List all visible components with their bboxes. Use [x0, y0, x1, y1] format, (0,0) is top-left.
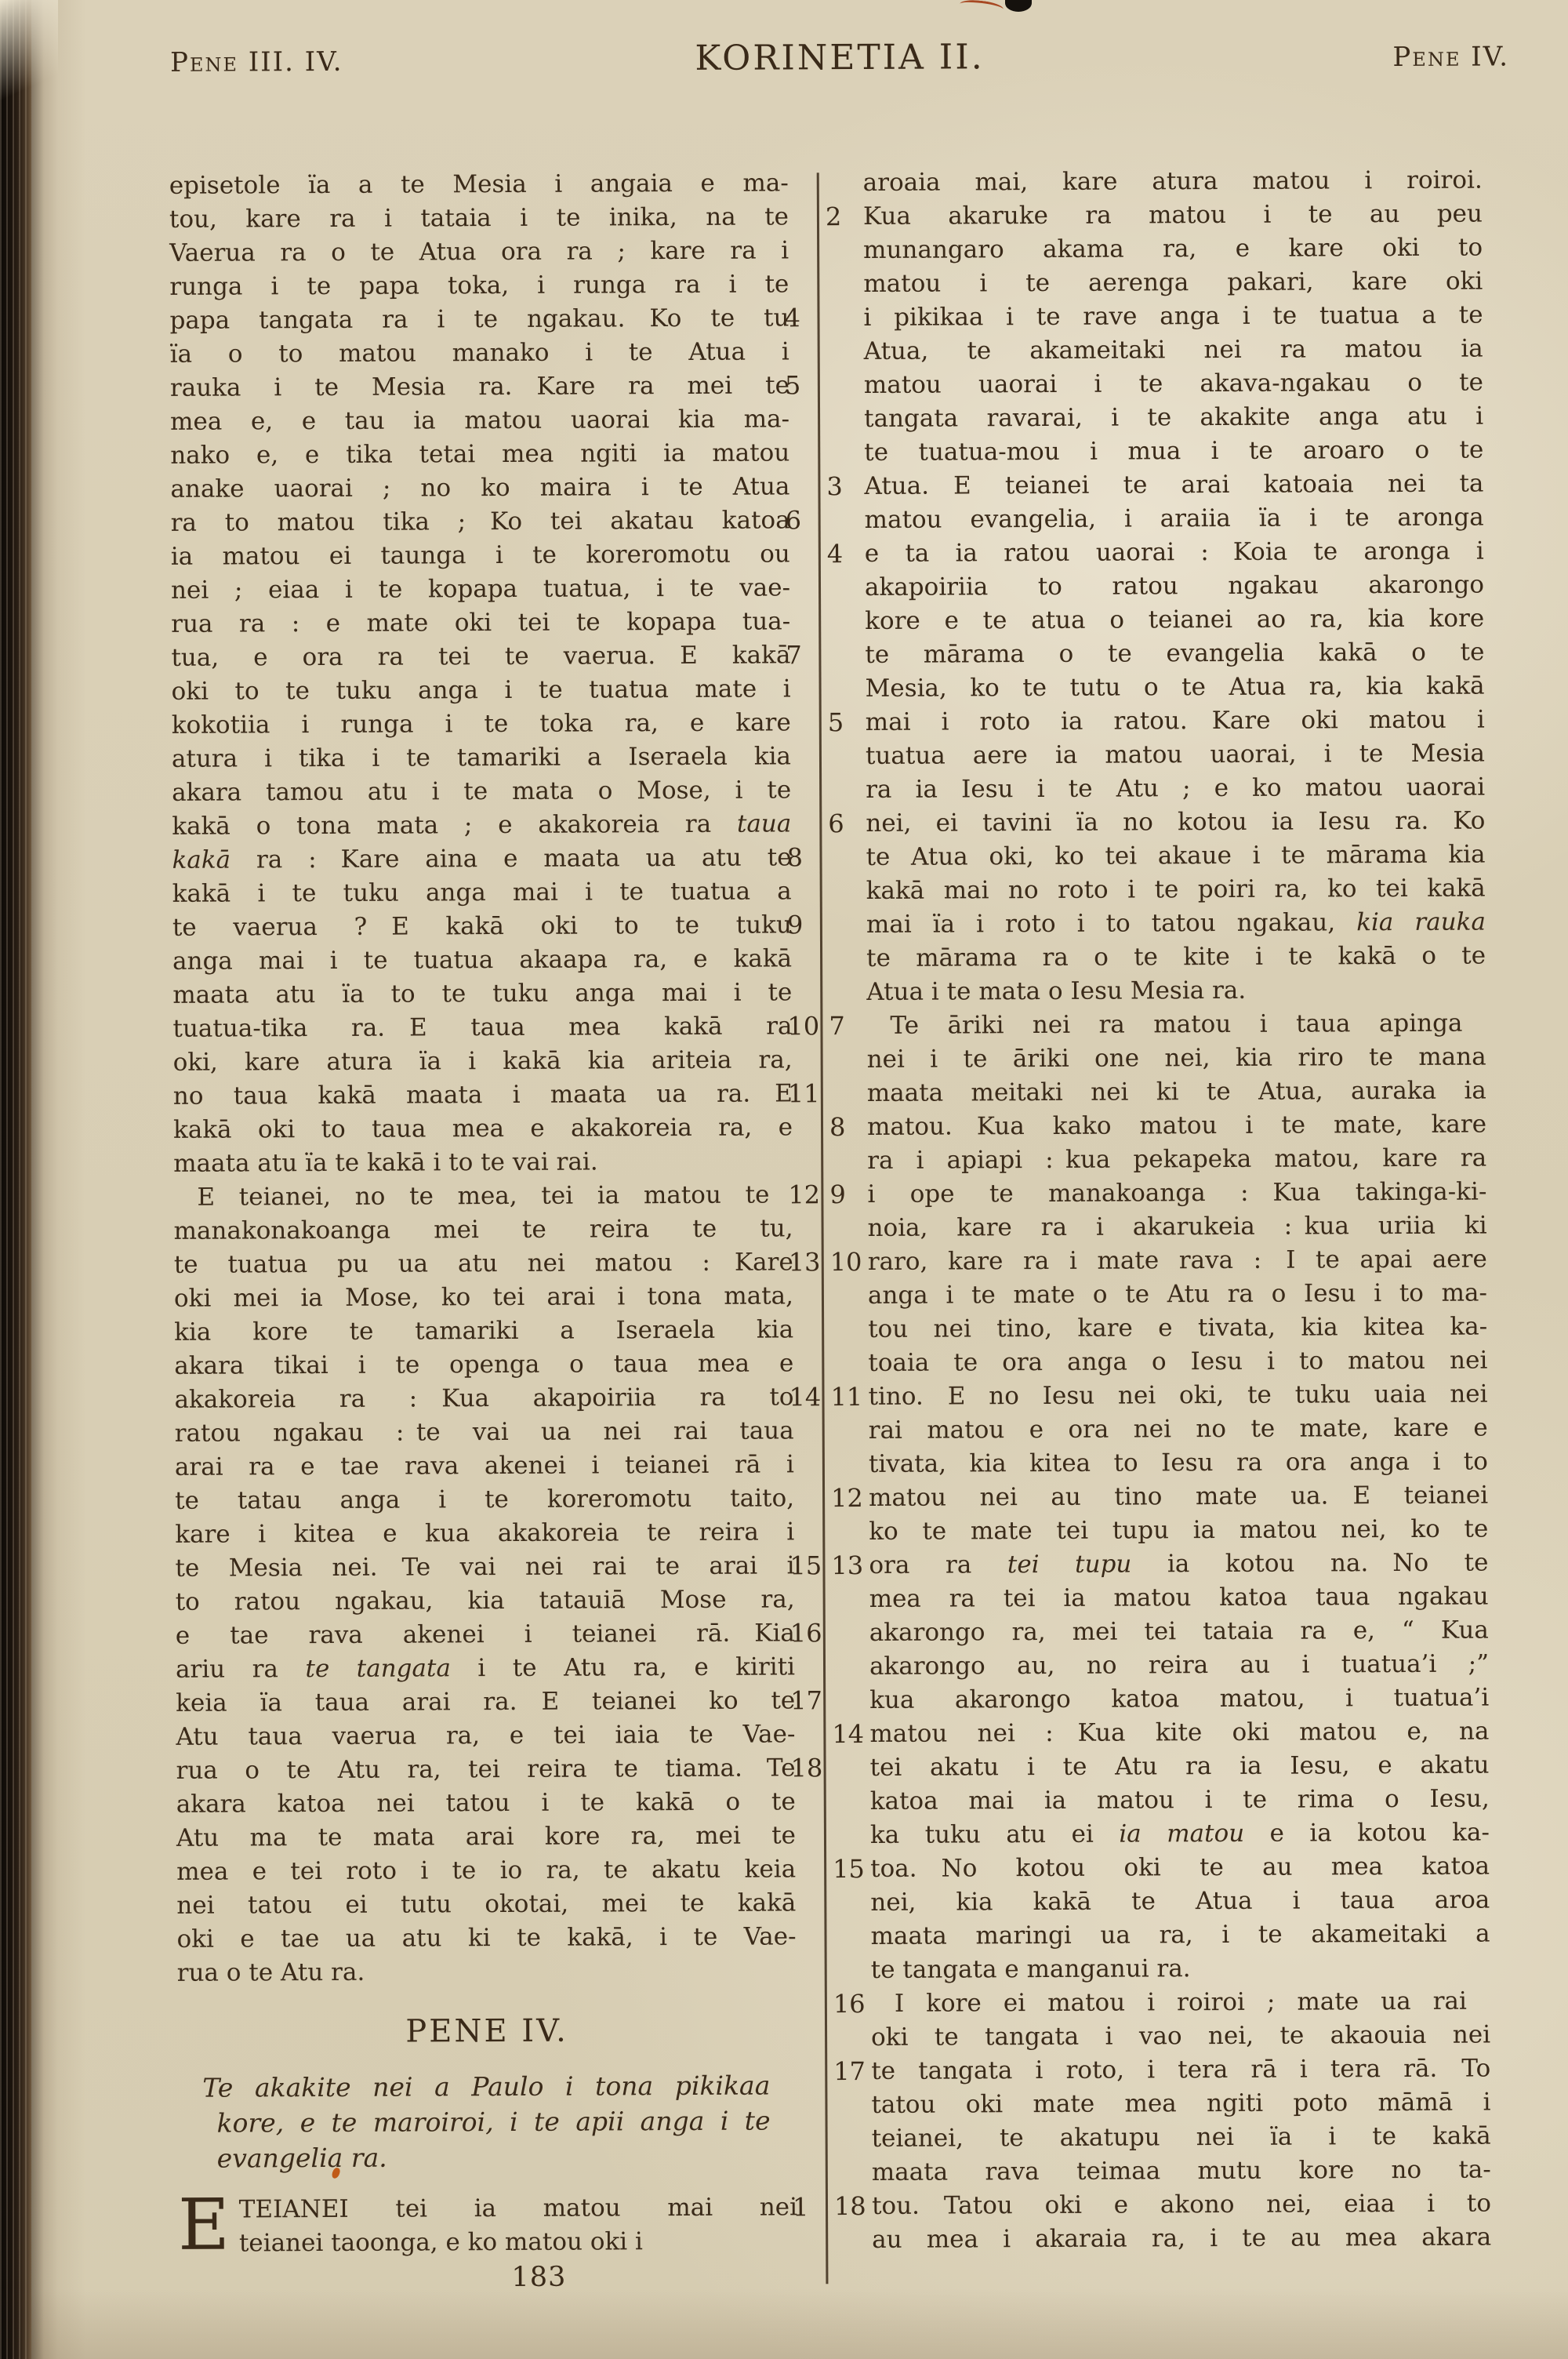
text-line: 14matou nei : Kua kite oki matou e, na — [869, 1715, 1489, 1751]
text-line: ariu ra te tangata i te Atu ra, e kiriti — [176, 1650, 795, 1686]
verse-text: kakā i te tuku anga mai i te tuatua a — [172, 877, 792, 907]
text-line: te mārama o te evangelia kakā o te — [865, 636, 1484, 672]
verse-text: oki e tae ua atu ki te kakā, i te Vae- — [176, 1922, 796, 1953]
verse-number: 5 — [828, 706, 862, 740]
verse-number: 2 — [826, 200, 860, 234]
verse-text: te tangata e manganui ra. — [871, 1954, 1191, 1984]
verse-number: 6 — [828, 807, 862, 841]
verse-text: Te āriki nei ra matou i taua apinga — [866, 1007, 1462, 1043]
verse-text: ora ra tei tupu ia kotou na. No te — [869, 1549, 1488, 1579]
text-line: tuatua aere ia matou uaorai, i te Mesia — [866, 737, 1485, 773]
verse-text: matou uaorai i te akava-ngakau o te — [864, 369, 1483, 399]
text-line: episetole ïa a te Mesia i angaia e ma- — [169, 166, 789, 202]
verse-text: runga i te papa toka, i runga ra i te — [169, 270, 789, 300]
verse-text: anga mai i te tuatua akaapa ra, e kakā — [172, 944, 792, 975]
verse-text: rai matou e ora nei no te mate, kare e — [869, 1414, 1488, 1445]
text-line: ra ia Iesu i te Atu ; e ko matou uaorai — [866, 771, 1485, 807]
text-line: akarongo au, no reira au i tuatua’i ;” — [869, 1648, 1489, 1684]
text-line: mea ra tei ia matou katoa taua ngakau — [869, 1580, 1489, 1616]
verse-text: tua, e ora ra tei te vaerua. E kakā — [171, 641, 790, 671]
verse-text: munangaro akama ra, e kare oki to — [863, 234, 1483, 264]
verse-text: kakā o tona mata ; e akakoreia ra taua — [172, 809, 791, 840]
verse-number: 13 — [789, 1245, 820, 1279]
text-line: ka tuku atu ei ia matou e ia kotou ka- — [870, 1816, 1490, 1852]
verse-number: 14 — [832, 1717, 866, 1751]
text-line: oki e tae ua atu ki te kakā, i te Vae- — [176, 1920, 796, 1956]
verse-number: 9 — [787, 908, 818, 942]
verse-text: Atua, te akameitaki nei ra matou ia — [864, 335, 1483, 365]
verse-text: tei akatu i te Atu ra ia Iesu, e akatu — [870, 1751, 1490, 1782]
text-line: 3Atua. E teianei te arai katoaia nei ta — [864, 467, 1483, 503]
verse-text: maata atu ïa to te tuku anga mai i te — [172, 978, 792, 1009]
verse-text: ia matou ei taunga i te koreromotu ou — [171, 540, 790, 570]
text-line: maata maringi ua ra, i te akameitaki a — [870, 1917, 1490, 1954]
verse-number: 1 — [793, 2190, 824, 2224]
text-line: 17te tangata i roto, i tera rā i tera rā… — [871, 2052, 1490, 2088]
verse-number: 12 — [831, 1481, 866, 1515]
verse-text: noia, kare ra i akarukeia : kua uriia ki — [868, 1212, 1487, 1242]
verse-text: oki te tangata i vao nei, te akaouia nei — [871, 2021, 1490, 2052]
verse-text: akara tikai i te openga o taua mea e — [174, 1349, 793, 1379]
verse-text: papa tangata ra i te ngakau. Ko te tu — [169, 304, 789, 334]
verse-text: nei, kia kakā te Atua i taua aroa — [870, 1886, 1490, 1917]
text-line: anake uaorai ; no ko maira i te Atua — [170, 470, 789, 506]
text-line: oki, kare atura ïa i kakā kia ariteia ra… — [173, 1043, 793, 1079]
verse-text: tuatua aere ia matou uaorai, i te Mesia — [866, 740, 1485, 770]
verse-text: rua o te Atu ra. — [177, 1958, 365, 1987]
verse-text: to ratou ngakau, kia tatauiā Mose ra, — [176, 1585, 795, 1616]
text-line: 11tino. E no Iesu nei oki, te tuku uaia … — [868, 1378, 1487, 1414]
text-line: ko te mate tei tupu ia matou nei, ko te — [869, 1513, 1488, 1549]
text-line: 4e ta ia ratou uaorai : Koia te aronga i — [865, 535, 1484, 571]
verse-text: i ope te manakoanga : Kua takinga-ki- — [867, 1178, 1486, 1209]
verse-text: maata atu ïa te kakā i to te vai rai. — [173, 1147, 598, 1177]
text-line: 5rauka i te Mesia ra. Kare ra mei te — [170, 369, 789, 405]
page-number: 183 — [445, 2261, 633, 2293]
verse-text: akarongo au, no reira au i tuatua’i ;” — [869, 1650, 1489, 1681]
verse-text: Kua akaruke ra matou i te au peu — [863, 200, 1483, 231]
verse-text: arai ra e tae rava akenei i teianei rā i — [175, 1450, 794, 1481]
verse-text: mai ïa i roto i to tatou ngakau, kia rau… — [866, 908, 1486, 939]
verse-text: rua o te Atu ra, tei reira te tiama. Te — [176, 1754, 796, 1784]
verse-text: ratou ngakau : te vai ua nei rai taua — [175, 1416, 794, 1447]
text-line: maata atu ïa te kakā i to te vai rai. — [173, 1144, 793, 1180]
text-line: nei ; eiaa i te kopapa tuatua, i te vae- — [171, 571, 790, 607]
text-line: to ratou ngakau, kia tatauiā Mose ra, — [176, 1583, 795, 1619]
text-line: te tatau anga i te koreromotu taito, — [175, 1481, 794, 1518]
page-content: Pene III. IV. KORINETIA II. Pene IV. epi… — [0, 0, 1568, 2359]
text-line: 9te vaerua ? E kakā oki to te tuku — [172, 908, 792, 944]
text-line: 16I kore ei matou i roiroi ; mate ua rai — [871, 1985, 1490, 2021]
text-line: te tangata e manganui ra. — [871, 1951, 1490, 1987]
text-line: te Atua oki, ko tei akaue i te mārama ki… — [866, 838, 1485, 874]
verse-text: tou. Tatou oki e akono nei, eiaa i to — [872, 2190, 1491, 2220]
text-line: kakā o tona mata ; e akakoreia ra taua — [172, 807, 791, 843]
text-line: matou uaorai i te akava-ngakau o te — [864, 366, 1483, 402]
text-line: i pikikaa i te rave anga i te tuatua a t… — [863, 299, 1483, 335]
text-line: 18rua o te Atu ra, tei reira te tiama. T… — [176, 1751, 796, 1787]
text-line: oki te tangata i vao nei, te akaouia nei — [871, 2019, 1490, 2055]
text-line: 13ora ra tei tupu ia kotou na. No te — [869, 1547, 1488, 1583]
text-line: aroaia mai, kare atura matou i roiroi. — [863, 164, 1483, 200]
verse-number: 11 — [830, 1380, 865, 1414]
verse-number: 4 — [784, 301, 815, 335]
verse-text: tou, kare ra i tataia i te inika, na te — [169, 202, 789, 233]
text-line: kua akarongo katoa matou, i tuatua’i — [869, 1681, 1489, 1717]
chapter-heading: PENE IV. — [177, 2011, 797, 2051]
text-line: kore e te atua o teianei ao ra, kia kore — [865, 602, 1484, 638]
verse-text: ra i apiapi : kua pekapeka matou, kare r… — [867, 1144, 1486, 1175]
verse-text: matou nei : Kua kite oki matou e, na — [869, 1717, 1489, 1748]
text-line: tei akatu i te Atu ra ia Iesu, e akatu — [869, 1749, 1489, 1785]
verse-text: tivata, kia kitea to Iesu ra ora anga i … — [869, 1448, 1488, 1478]
verse-text: nako e, e tika tetai mea ngiti ia matou — [170, 438, 789, 469]
verse-text: oki mei ia Mose, ko tei arai i tona mata… — [174, 1281, 793, 1312]
right-column-text: aroaia mai, kare atura matou i roiroi.2K… — [863, 164, 1492, 2257]
verse-number: 17 — [833, 2055, 868, 2088]
verse-text: Mesia, ko te tutu o te Atua ra, kia kakā — [866, 672, 1485, 703]
verse-number: 7 — [829, 1009, 863, 1043]
text-line: 15toa. No kotou oki te au mea katoa — [870, 1850, 1490, 1886]
text-line: Mesia, ko te tutu o te Atua ra, kia kakā — [865, 670, 1484, 706]
verse-text: kokotiia i runga i te toka ra, e kare — [172, 708, 791, 739]
verse-number: 17 — [790, 1684, 822, 1717]
text-line: teianei, te akatupu nei ïa i te kakā — [872, 2120, 1491, 2156]
verse-number: 6 — [786, 503, 817, 537]
verse-text: nei ; eiaa i te kopapa tuatua, i te vae- — [171, 573, 790, 604]
verse-text: mai i roto ia ratou. Kare oki matou i — [866, 706, 1485, 736]
text-line: nei i te āriki one nei, kia riro te mana — [867, 1041, 1486, 1077]
verse-text: tangata ravarai, i te akakite anga atu i — [864, 402, 1483, 433]
text-line: 8matou. Kua kako matou i te mate, kare — [867, 1108, 1486, 1144]
verse-text: nei tatou ei tutu okotai, mei te kakā — [176, 1888, 796, 1919]
verse-number: 8 — [829, 1110, 864, 1144]
text-line: nei, kia kakā te Atua i taua aroa — [870, 1884, 1490, 1920]
text-line: ratou ngakau : te vai ua nei rai taua — [175, 1414, 794, 1450]
left-column-text: episetole ïa a te Mesia i angaia e ma-to… — [169, 166, 797, 1990]
verse-text: E teianei, no te mea, tei ia matou te — [173, 1179, 769, 1215]
verse-text: katoa mai ia matou i te rima o Iesu, — [870, 1785, 1490, 1816]
text-line: te mārama ra o te kite i te kakā o te — [866, 940, 1486, 976]
text-line: kakā oki to taua mea e akakoreia ra, e — [173, 1110, 793, 1147]
text-line: 4papa tangata ra i te ngakau. Ko te tu — [169, 301, 789, 337]
text-line: nei tatou ei tutu okotai, mei te kakā — [176, 1886, 796, 1922]
text-line: 15te Mesia nei. Te vai nei rai te arai i — [175, 1549, 794, 1585]
verse-text: te vaerua ? E kakā oki to te tuku — [172, 911, 792, 941]
text-line: akara tikai i te openga o taua mea e — [174, 1347, 793, 1383]
verse-text: manakonakoanga mei te reira te tu, — [174, 1214, 793, 1245]
verse-text: akapoiriia to ratou ngakau akarongo — [865, 571, 1484, 602]
text-line: kokotiia i runga i te toka ra, e kare — [172, 706, 791, 742]
text-line: Atua, te akameitaki nei ra matou ia — [864, 333, 1483, 369]
verse-text: te tatau anga i te koreromotu taito, — [175, 1484, 794, 1514]
verse-text: matou nei au tino mate ua. E teianei — [869, 1481, 1488, 1512]
text-line: akara katoa nei tatou i te kakā o te — [176, 1785, 796, 1821]
verse-number: 3 — [826, 470, 861, 503]
running-header-center: KORINETIA II. — [169, 35, 1511, 80]
text-line: manakonakoanga mei te reira te tu, — [173, 1212, 793, 1248]
verse-text: no taua kakā maata i maata ua ra. E — [173, 1079, 793, 1110]
verse-text: Atu taua vaerua ra, e tei iaia te Vae- — [176, 1720, 795, 1750]
summary-line: kore, e te maroiroi, i te apii anga i te — [202, 2103, 770, 2141]
verse-text: tino. E no Iesu nei oki, te tuku uaia ne… — [868, 1380, 1487, 1411]
text-line: au mea i akaraia ra, i te au mea akara — [872, 2221, 1491, 2257]
verse-number: 8 — [786, 841, 818, 874]
text-line: katoa mai ia matou i te rima o Iesu, — [870, 1783, 1490, 1819]
verse-text: kua akarongo katoa matou, i tuatua’i — [869, 1684, 1489, 1714]
verse-text: oki to te tuku anga i te tuatua mate i — [172, 674, 791, 705]
running-header-right: Pene IV. — [1392, 41, 1509, 73]
text-line: 8kakā ra : Kare aina e maata ua atu te — [172, 841, 791, 877]
verse-text: tatou oki mate mea ngiti poto māmā i — [871, 2088, 1490, 2119]
text-line: teianei taoonga, e ko matou oki i — [178, 2224, 797, 2260]
text-line: mai ïa i roto i to tatou ngakau, kia rau… — [866, 906, 1486, 942]
text-line: maata atu ïa to te tuku anga mai i te — [172, 976, 792, 1012]
verse-text: tuatua-tika ra. E taua mea kakā ra — [172, 1012, 792, 1042]
verse-text: akakoreia ra : Kua akapoiriia ra to — [174, 1383, 793, 1413]
verse-text: maata maringi ua ra, i te akameitaki a — [870, 1920, 1490, 1950]
verse-number: 13 — [831, 1549, 866, 1583]
text-line: 2Kua akaruke ra matou i te au peu — [863, 198, 1483, 234]
text-line: oki mei ia Mose, ko tei arai i tona mata… — [174, 1279, 793, 1315]
text-line: kia kore te tamariki a Iseraela kia — [174, 1313, 793, 1349]
verse-text: akarongo ra, mei tei tataia ra e, “ Kua — [869, 1616, 1489, 1647]
verse-number: 4 — [827, 537, 862, 571]
verse-text: kore e te atua o teianei ao ra, kia kore — [865, 605, 1484, 635]
text-line: 6ra to matou tika ; Ko tei akatau katoa — [171, 503, 790, 540]
verse-text: kakā ra : Kare aina e maata ua atu te — [172, 843, 791, 874]
text-line: nako e, e tika tetai mea ngiti ia matou — [170, 436, 789, 472]
verse-text: ko te mate tei tupu ia matou nei, ko te — [869, 1515, 1488, 1546]
text-line: kakā i te tuku anga mai i te tuatua a — [172, 874, 792, 911]
verse-text: anga i te mate o te Atu ra o Iesu i to m… — [868, 1279, 1487, 1310]
verse-text: au mea i akaraia ra, i te au mea akara — [872, 2223, 1491, 2254]
text-line: rua o te Atu ra. — [177, 1954, 797, 1990]
verse-text: te tuatua-mou i mua i te aroaro o te — [864, 436, 1483, 467]
text-line: tou nei tino, kare e tivata, kia kitea k… — [868, 1310, 1487, 1347]
text-line: tou, kare ra i tataia i te inika, na te — [169, 200, 789, 236]
text-line: rai matou e ora nei no te mate, kare e — [869, 1412, 1488, 1448]
text-line: munangaro akama ra, e kare oki to — [863, 231, 1483, 267]
text-line: tangata ravarai, i te akakite anga atu i — [864, 400, 1483, 436]
text-line: Atu taua vaerua ra, e tei iaia te Vae- — [176, 1717, 795, 1754]
verse-text: e tae rava akenei i teianei rā. Kia — [176, 1619, 795, 1649]
text-line: 10raro, kare ra i mate rava : I te apai … — [868, 1243, 1487, 1279]
verse-number: 12 — [788, 1178, 819, 1212]
text-line: akarongo ra, mei tei tataia ra e, “ Kua — [869, 1614, 1489, 1650]
verse-text: nei, ei tavini ïa no kotou ia Iesu ra. K… — [866, 807, 1485, 838]
text-line: oki to te tuku anga i te tuatua mate i — [171, 672, 790, 708]
verse-number: 16 — [833, 1987, 868, 2021]
text-line: kakā mai no roto i te poiri ra, ko tei k… — [866, 872, 1486, 908]
verse-text: te mārama ra o te kite i te kakā o te — [866, 942, 1486, 972]
text-line: rua ra : e mate oki tei te kopapa tua- — [171, 605, 790, 641]
text-line: 16e tae rava akenei i teianei rā. Kia — [176, 1616, 795, 1652]
text-line: arai ra e tae rava akenei i teianei rā i — [175, 1448, 794, 1484]
verse-text: ra ia Iesu i te Atu ; e ko matou uaorai — [866, 773, 1485, 804]
running-header: Pene III. IV. KORINETIA II. Pene IV. — [169, 35, 1511, 81]
right-column: aroaia mai, kare atura matou i roiroi.2K… — [863, 164, 1492, 2257]
verse-text: Atua i te mata o Iesu Mesia ra. — [866, 976, 1246, 1006]
verse-number: 10 — [787, 1009, 818, 1043]
verse-text: matou evangelia, i araiia ïa i te aronga — [865, 503, 1484, 534]
text-line: ra i apiapi : kua pekapeka matou, kare r… — [867, 1142, 1486, 1178]
text-line: kare i kitea e kua akakoreia te reira i — [175, 1515, 794, 1551]
verse-one-block: E 1 TEIANEI tei ia matou mai nei teianei… — [178, 2190, 797, 2260]
verse-text: te tangata i roto, i tera rā i tera rā. … — [871, 2055, 1490, 2085]
text-line: 10tuatua-tika ra. E taua mea kakā ra — [172, 1009, 792, 1045]
summary-line: evangelia ra. — [203, 2139, 771, 2176]
verse-text: ka tuku atu ei ia matou e ia kotou ka- — [870, 1819, 1490, 1849]
verse-text: matou i te aerenga pakari, kare oki — [863, 267, 1483, 298]
text-line: matou evangelia, i araiia ïa i te aronga — [865, 501, 1484, 537]
text-line: matou i te aerenga pakari, kare oki — [863, 265, 1483, 301]
verse-text: tou nei tino, kare e tivata, kia kitea k… — [868, 1313, 1487, 1343]
verse-one-first-line: TEIANEI tei ia matou mai nei — [239, 2193, 797, 2223]
verse-one-second-line: teianei taoonga, e ko matou oki i — [239, 2227, 643, 2257]
verse-text: maata meitaki nei ki te Atua, auraka ia — [867, 1077, 1486, 1107]
verse-number: 16 — [790, 1616, 822, 1650]
text-line: te tuatua-mou i mua i te aroaro o te — [864, 434, 1483, 470]
text-line: mea e, e tau ia matou uaorai kia ma- — [170, 402, 789, 438]
text-line: 11no taua kakā maata i maata ua ra. E — [173, 1077, 793, 1113]
verse-number: 18 — [790, 1751, 822, 1785]
text-line: Vaerua ra o te Atua ora ra ; kare ra i — [169, 234, 789, 270]
verse-text: aroaia mai, kare atura matou i roiroi. — [863, 166, 1483, 197]
verse-text: te Mesia nei. Te vai nei rai te arai i — [175, 1551, 794, 1582]
text-line: ia matou ei taunga i te koreromotu ou — [171, 537, 790, 573]
verse-text: te tuatua pu ua atu nei matou : Kare — [174, 1248, 793, 1278]
verse-text: ariu ra te tangata i te Atu ra, e kiriti — [176, 1652, 795, 1683]
text-line: runga i te papa toka, i runga ra i te — [169, 267, 789, 304]
text-line: tivata, kia kitea to Iesu ra ora anga i … — [869, 1445, 1488, 1481]
verse-text: Atu ma te mata arai kore ra, mei te — [176, 1821, 796, 1852]
verse-text: toa. No kotou oki te au mea katoa — [870, 1852, 1490, 1883]
verse-text: keia ïa taua arai ra. E teianei ko te — [176, 1686, 795, 1717]
verse-text: I kore ei matou i roiroi ; mate ua rai — [871, 1985, 1467, 2021]
text-line: 1 TEIANEI tei ia matou mai nei — [178, 2190, 797, 2226]
verse-text: akara katoa nei tatou i te kakā o te — [176, 1787, 796, 1818]
chapter-summary: Te akakite nei a Paulo i tona pikikaakor… — [202, 2068, 771, 2176]
text-line: 7tua, e ora ra tei te vaerua. E kakā — [171, 638, 790, 674]
text-line: 18tou. Tatou oki e akono nei, eiaa i to — [872, 2187, 1491, 2223]
verse-text: te mārama o te evangelia kakā o te — [865, 638, 1484, 669]
verse-text: e ta ia ratou uaorai : Koia te aronga i — [865, 537, 1484, 568]
book-photo: Pene III. IV. KORINETIA II. Pene IV. epi… — [0, 0, 1568, 2359]
text-line: 12matou nei au tino mate ua. E teianei — [869, 1479, 1488, 1515]
text-line: maata rava teimaa mutu kore no ta- — [872, 2154, 1491, 2190]
verse-text: kare i kitea e kua akakoreia te reira i — [175, 1518, 794, 1548]
verse-number: 15 — [789, 1549, 821, 1583]
text-line: anga mai i te tuatua akaapa ra, e kakā — [172, 942, 792, 978]
text-line: toaia te ora anga o Iesu i to matou nei — [868, 1344, 1487, 1380]
verse-text: te Atua oki, ko tei akaue i te mārama ki… — [866, 841, 1485, 871]
text-line: anga i te mate o te Atu ra o Iesu i to m… — [868, 1277, 1487, 1313]
text-line: 17keia ïa taua arai ra. E teianei ko te — [176, 1684, 795, 1720]
verse-text: toaia te ora anga o Iesu i to matou nei — [868, 1347, 1487, 1377]
verse-text: mea e, e tau ia matou uaorai kia ma- — [170, 405, 789, 435]
text-line: 12E teianei, no te mea, tei ia matou te — [173, 1178, 793, 1214]
verse-text: matou. Kua kako matou i te mate, kare — [867, 1110, 1486, 1141]
text-line: mea e tei roto i te io ra, te akatu keia — [176, 1852, 796, 1888]
verse-text: maata rava teimaa mutu kore no ta- — [872, 2156, 1491, 2186]
verse-number: 15 — [833, 1852, 867, 1886]
verse-text: ïa o to matou manako i te Atua i — [170, 337, 789, 368]
verse-text: nei i te āriki one nei, kia riro te mana — [867, 1043, 1486, 1074]
verse-text: teianei, te akatupu nei ïa i te kakā — [872, 2122, 1491, 2153]
verse-number: 14 — [789, 1380, 820, 1414]
verse-text: mea ra tei ia matou katoa taua ngakau — [869, 1583, 1489, 1613]
text-line: Atu ma te mata arai kore ra, mei te — [176, 1819, 796, 1855]
verse-text: kakā oki to taua mea e akakoreia ra, e — [173, 1113, 793, 1143]
text-line: 5mai i roto ia ratou. Kare oki matou i — [866, 703, 1485, 740]
verse-text: kakā mai no roto i te poiri ra, ko tei k… — [866, 874, 1486, 905]
text-line: tatou oki mate mea ngiti poto māmā i — [871, 2086, 1490, 2122]
text-line: 6nei, ei tavini ïa no kotou ia Iesu ra. … — [866, 805, 1485, 841]
left-column: episetole ïa a te Mesia i angaia e ma-to… — [169, 166, 798, 2260]
text-line: akapoiriia to ratou ngakau akarongo — [865, 569, 1484, 605]
text-line: akara tamou atu i te mata o Mose, i te — [172, 773, 791, 809]
summary-line: Te akakite nei a Paulo i tona pikikaa — [202, 2068, 770, 2106]
verse-number: 9 — [829, 1178, 864, 1212]
verse-text: anake uaorai ; no ko maira i te Atua — [170, 472, 789, 503]
verse-text: akara tamou atu i te mata o Mose, i te — [172, 776, 791, 806]
verse-text: i pikikaa i te rave anga i te tuatua a t… — [863, 301, 1483, 332]
verse-text: Vaerua ra o te Atua ora ra ; kare ra i — [169, 236, 789, 267]
text-line: ïa o to matou manako i te Atua i — [170, 335, 789, 371]
verse-number: 11 — [788, 1077, 819, 1110]
verse-text: atura i tika i te tamariki a Iseraela ki… — [172, 742, 791, 772]
text-line: 13te tuatua pu ua atu nei matou : Kare — [174, 1245, 793, 1281]
text-line: Atua i te mata o Iesu Mesia ra. — [866, 973, 1486, 1009]
verse-text: rua ra : e mate oki tei te kopapa tua- — [171, 607, 790, 638]
verse-text: ra to matou tika ; Ko tei akatau katoa — [171, 506, 790, 536]
verse-text: kia kore te tamariki a Iseraela kia — [174, 1315, 793, 1346]
text-line: 9i ope te manakoanga : Kua takinga-ki- — [867, 1176, 1486, 1212]
verse-number: 18 — [834, 2190, 869, 2223]
verse-number: 10 — [830, 1245, 865, 1279]
verse-text: raro, kare ra i mate rava : I te apai ae… — [868, 1245, 1487, 1276]
text-line: 7Te āriki nei ra matou i taua apinga — [866, 1007, 1486, 1043]
verse-number: 7 — [786, 638, 817, 672]
text-line: noia, kare ra i akarukeia : kua uriia ki — [867, 1209, 1486, 1245]
verse-text: oki, kare atura ïa i kakā kia ariteia ra… — [173, 1045, 793, 1076]
verse-number: 5 — [785, 369, 816, 402]
text-line: 14akakoreia ra : Kua akapoiriia ra to — [174, 1380, 793, 1416]
verse-text: Atua. E teianei te arai katoaia nei ta — [864, 470, 1483, 500]
text-line: maata meitaki nei ki te Atua, auraka ia — [867, 1074, 1486, 1110]
verse-text: mea e tei roto i te io ra, te akatu keia — [176, 1855, 796, 1885]
text-line: atura i tika i te tamariki a Iseraela ki… — [172, 740, 791, 776]
verse-text: rauka i te Mesia ra. Kare ra mei te — [170, 371, 789, 402]
verse-text: episetole ïa a te Mesia i angaia e ma- — [169, 169, 789, 199]
